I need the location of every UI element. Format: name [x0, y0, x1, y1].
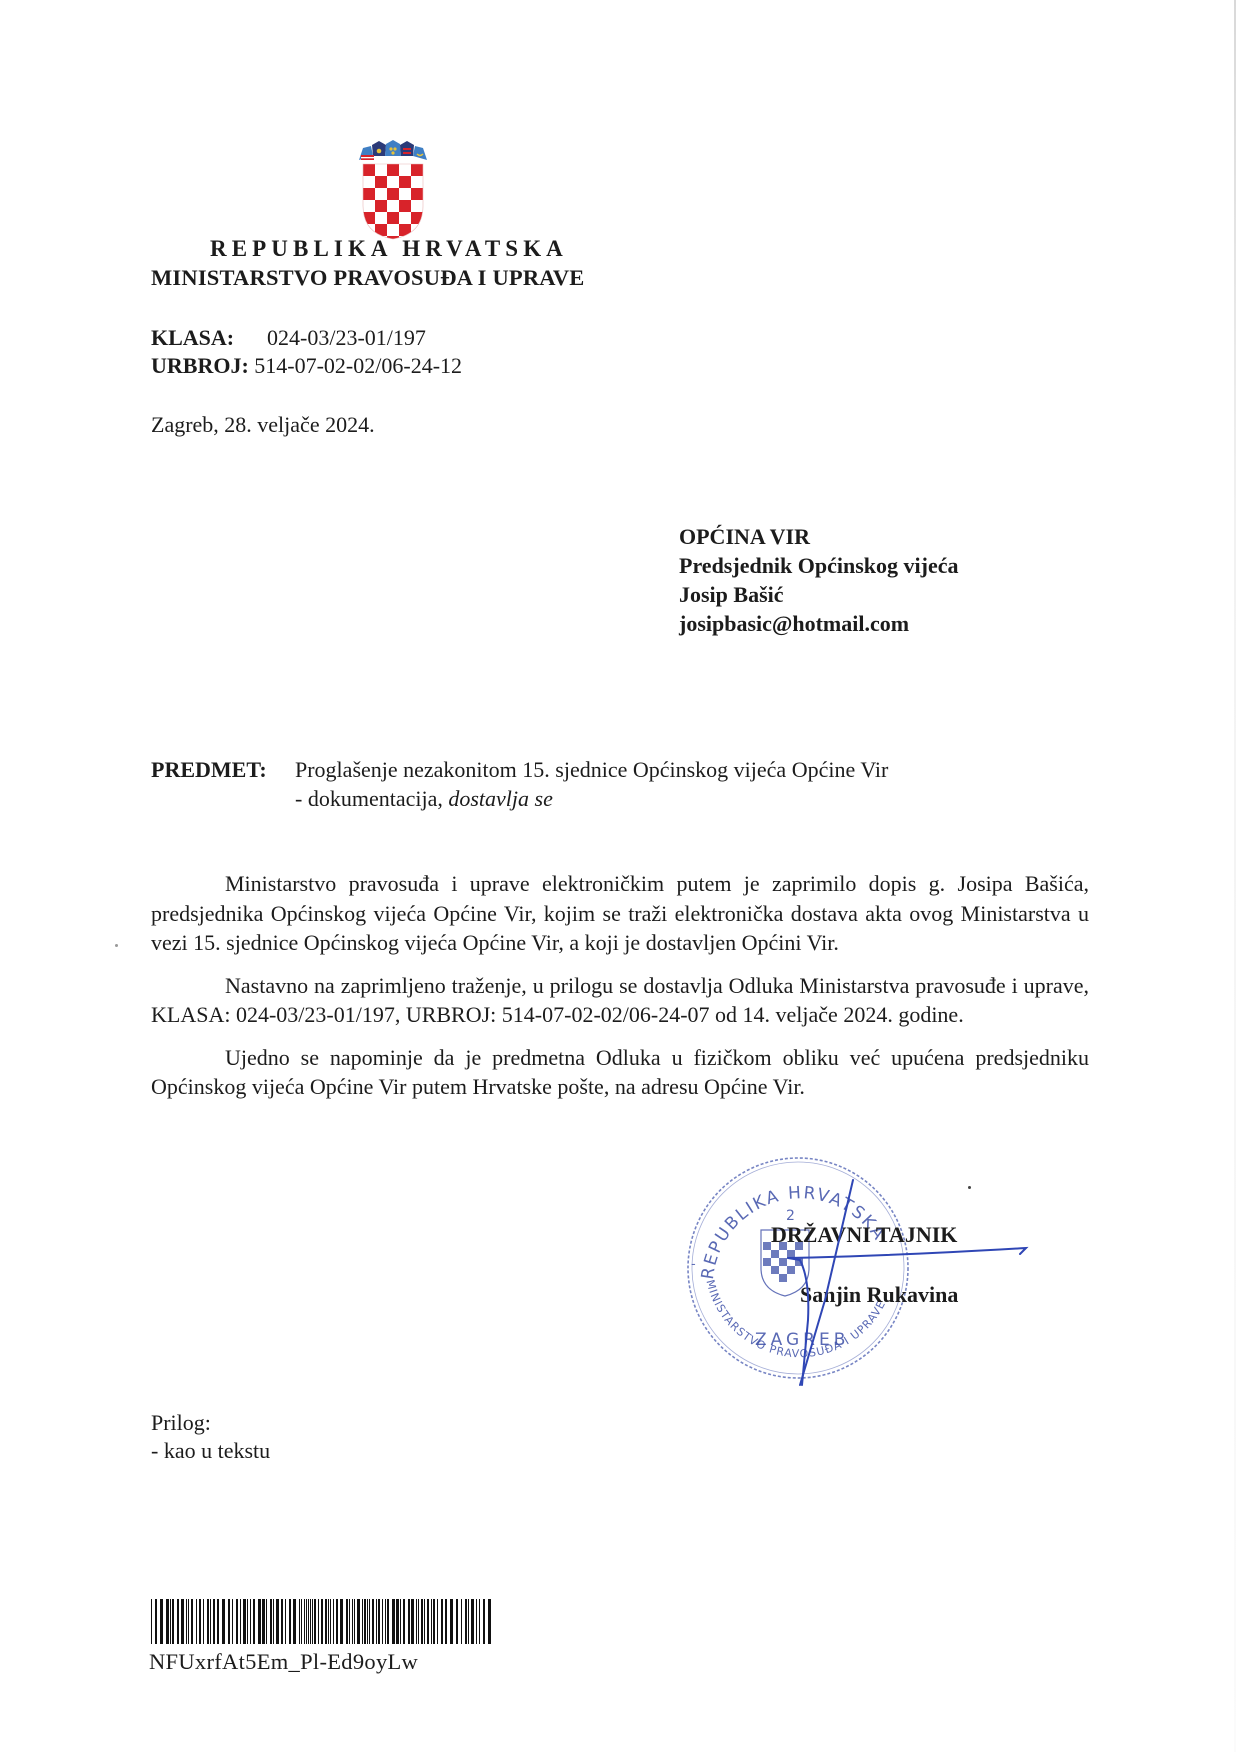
klasa-value: 024-03/23-01/197	[267, 325, 426, 350]
body-paragraph: Nastavno na zaprimljeno traženje, u pril…	[151, 971, 1089, 1030]
recipient-email: josipbasic@hotmail.com	[679, 609, 959, 638]
subject-line-2: - dokumentacija,	[295, 786, 448, 811]
attachment-item: - kao u tekstu	[151, 1437, 270, 1465]
recipient-role: Predsjednik Općinskog vijeća	[679, 551, 959, 580]
scan-edge-line	[1234, 0, 1236, 1752]
urbroj-value: 514-07-02-02/06-24-12	[254, 353, 462, 378]
reference-block: KLASA:024-03/23-01/197 URBROJ: 514-07-02…	[151, 324, 462, 380]
barcode-icon	[151, 1599, 493, 1644]
place-date: Zagreb, 28. veljače 2024.	[151, 412, 375, 438]
recipient-organization: OPĆINA VIR	[679, 522, 959, 551]
subject-line-1: Proglašenje nezakonitom 15. sjednice Opć…	[295, 757, 888, 782]
scan-speck	[115, 944, 118, 947]
urbroj-label: URBROJ:	[151, 352, 249, 380]
body-paragraph: Ujedno se napominje da je predmetna Odlu…	[151, 1043, 1089, 1102]
klasa-label: KLASA:	[151, 324, 267, 352]
subject-line-2-italic: dostavlja se	[448, 786, 553, 811]
recipient-name: Josip Bašić	[679, 580, 959, 609]
recipient-block: OPĆINA VIR Predsjednik Općinskog vijeća …	[679, 522, 959, 638]
klasa-row: KLASA:024-03/23-01/197	[151, 324, 462, 352]
urbroj-row: URBROJ: 514-07-02-02/06-24-12	[151, 352, 462, 380]
country-heading: REPUBLIKA HRVATSKA	[210, 236, 568, 262]
croatian-coat-of-arms-icon	[357, 140, 429, 240]
attachment-label: Prilog:	[151, 1409, 270, 1437]
subject-label: PREDMET:	[151, 755, 295, 784]
letter-body: Ministarstvo pravosuđa i uprave elektron…	[151, 869, 1089, 1115]
barcode-code: NFUxrfAt5Em_Pl-Ed9oyLw	[149, 1649, 418, 1675]
handwritten-signature	[690, 1160, 1030, 1390]
body-paragraph: Ministarstvo pravosuđa i uprave elektron…	[151, 869, 1089, 958]
attachment-block: Prilog: - kao u tekstu	[151, 1409, 270, 1465]
subject-block: PREDMET:Proglašenje nezakonitom 15. sjed…	[151, 755, 888, 813]
ministry-heading: MINISTARSTVO PRAVOSUĐA I UPRAVE	[151, 265, 585, 291]
